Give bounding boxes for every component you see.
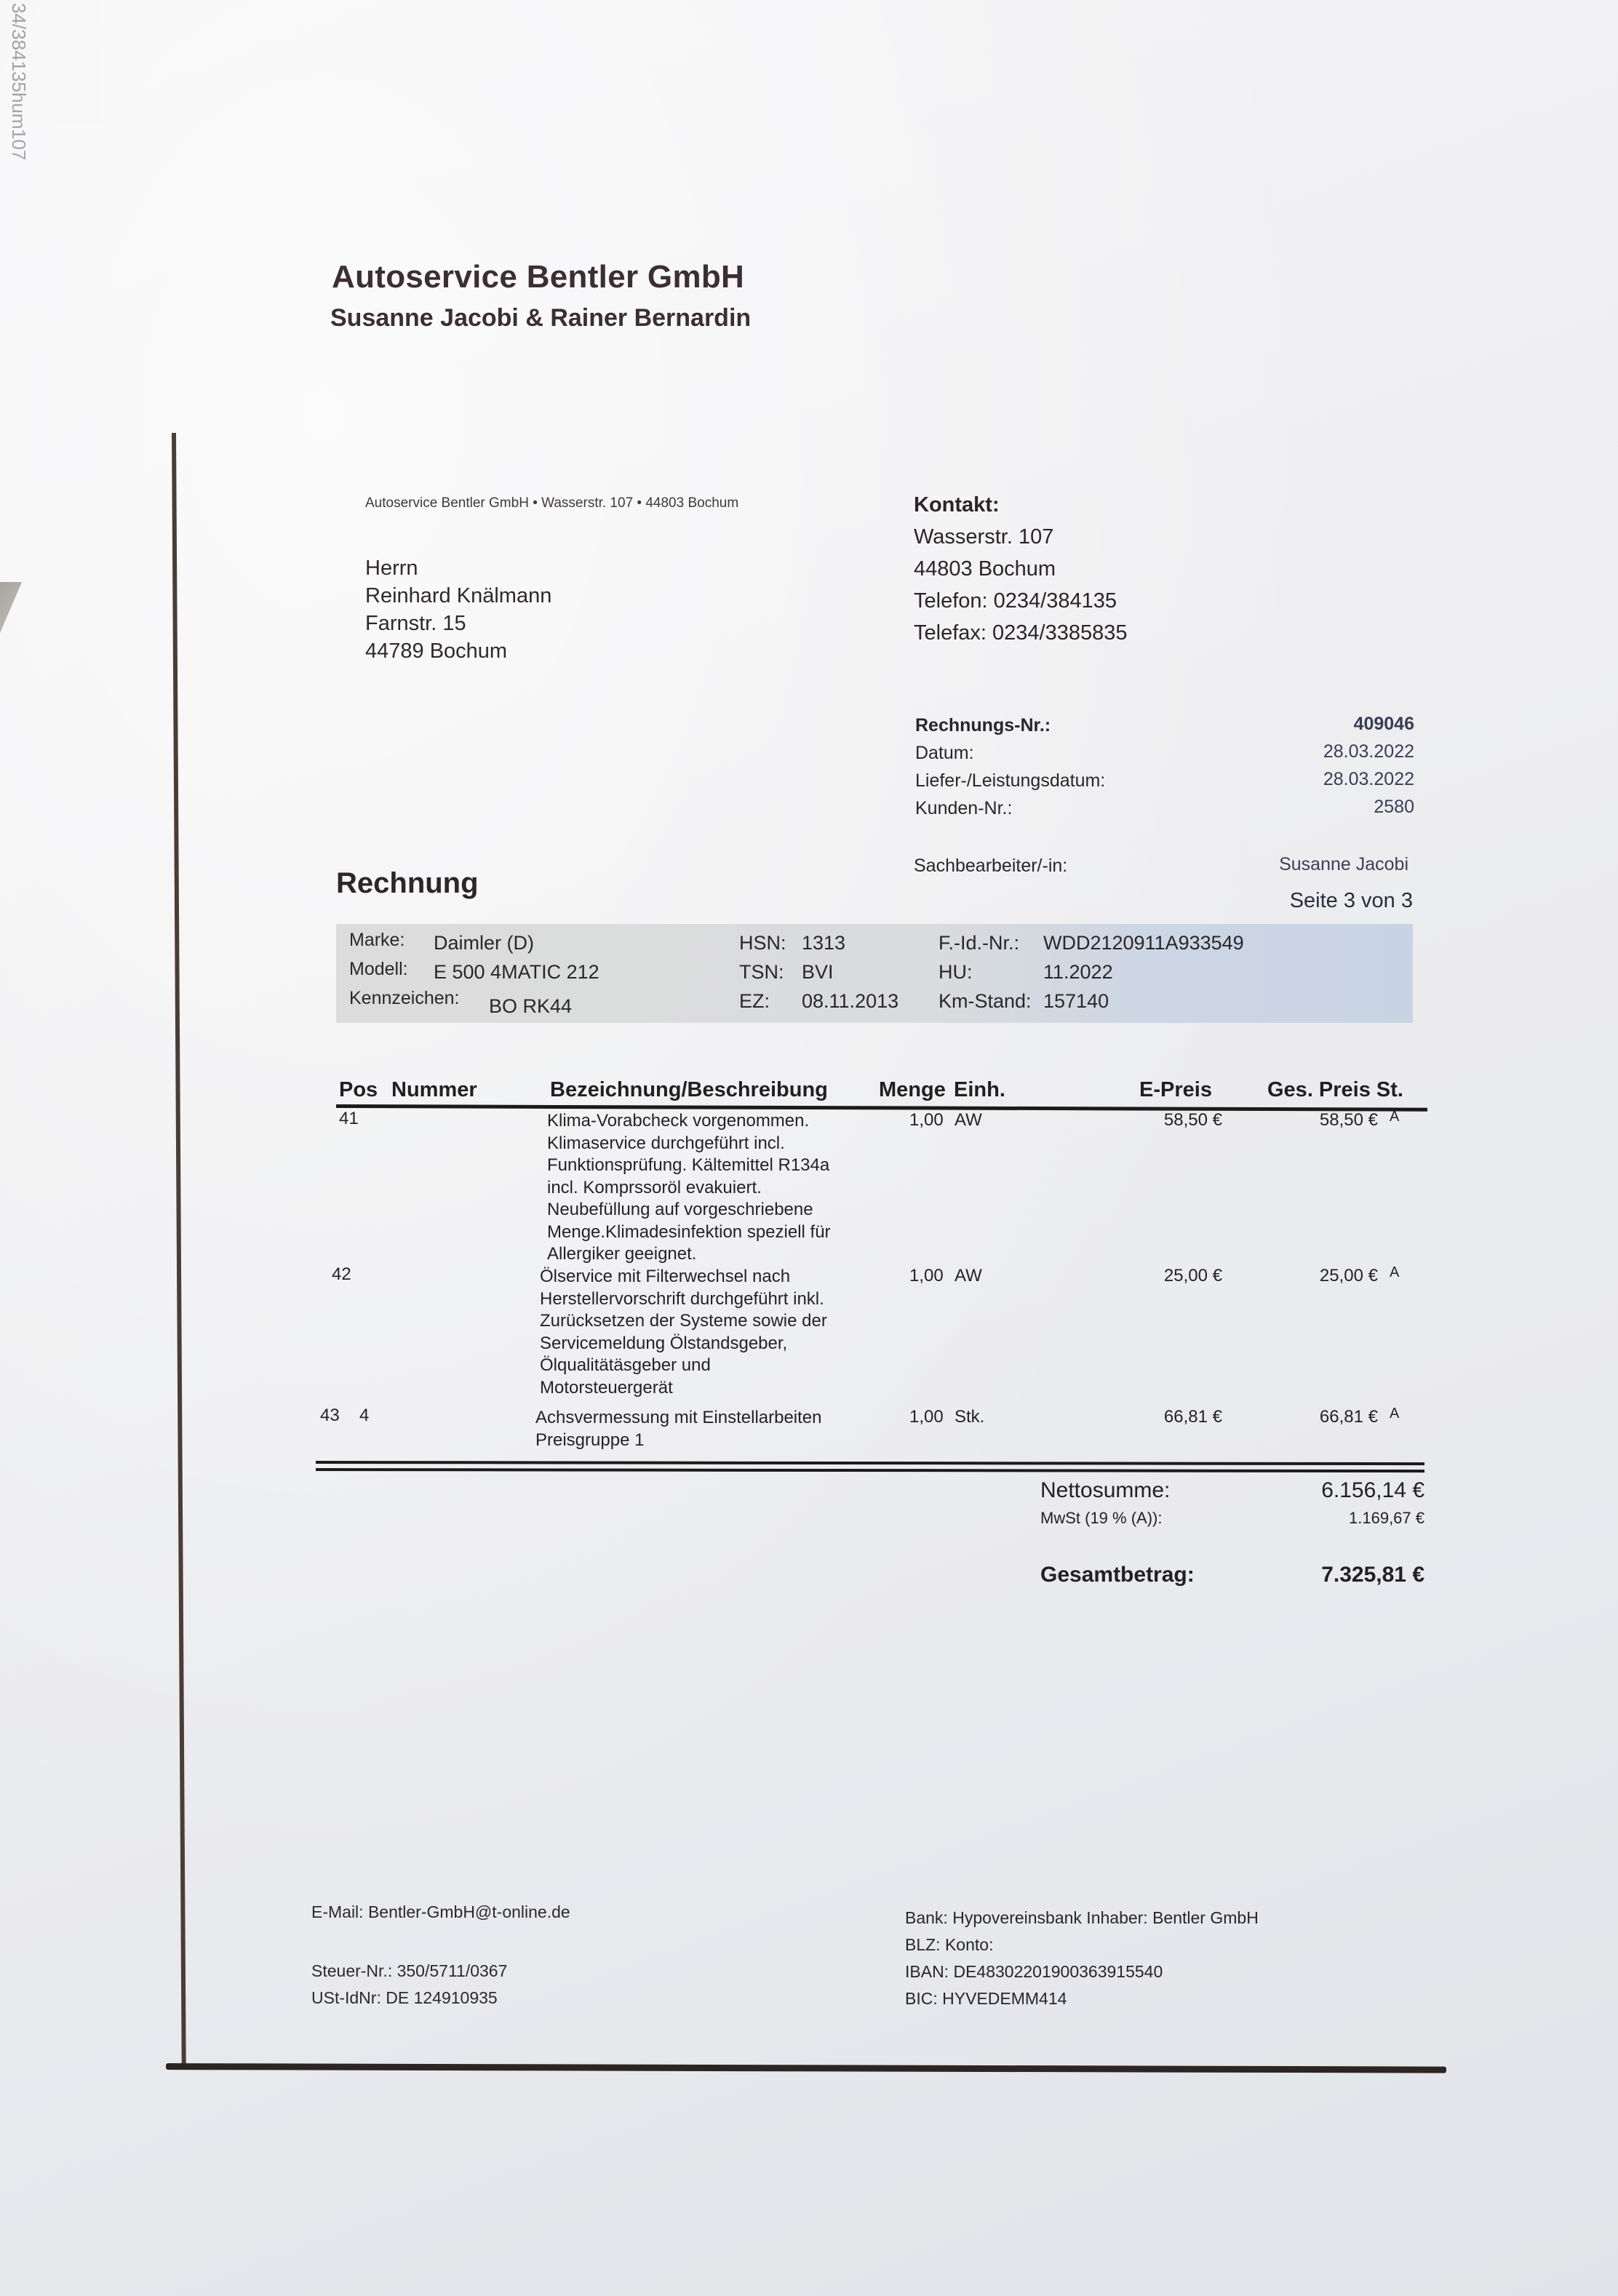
vehicle-labels-col2: HSN: TSN: EZ: (739, 928, 786, 1016)
totals-rule-top (316, 1461, 1424, 1465)
col-pos: Pos (339, 1078, 378, 1102)
invoice-number-label: Rechnungs-Nr.: (915, 711, 1105, 739)
net-total: 6.156,14 € (1321, 1478, 1424, 1507)
vehicle-model: E 500 4MATIC 212 (434, 957, 599, 986)
item-unit: Stk. (955, 1407, 984, 1427)
vehicle-hsn: 1313 (802, 928, 898, 957)
vehicle-hu: 11.2022 (1043, 957, 1244, 986)
item-description-line: Allergiker geeignet. (547, 1243, 831, 1266)
item-number: 4 (359, 1406, 369, 1426)
item-total: 25,00 € (1259, 1266, 1378, 1286)
recipient-street: Farnstr. 15 (365, 610, 551, 637)
totals-values: 6.156,14 € 1.169,67 € 7.325,81 € (1321, 1478, 1424, 1587)
document-title: Rechnung (336, 867, 479, 900)
footer-tax-number: Steuer-Nr.: 350/5711/0367 (311, 1958, 570, 1985)
vin-label: F.-Id.-Nr.: (938, 928, 1032, 957)
tsn-label: TSN: (739, 957, 786, 986)
footer-left: E-Mail: Bentler-GmbH@t-online.de Steuer-… (311, 1899, 570, 2012)
item-position: 42 (332, 1264, 351, 1285)
item-description-line: Funktionsprüfung. Kältemittel R134a (547, 1155, 831, 1177)
company-name: Autoservice Bentler GmbH (332, 259, 744, 295)
clerk-name: Susanne Jacobi (1279, 854, 1408, 875)
col-qty: Menge (879, 1078, 946, 1102)
item-unit: AW (955, 1266, 982, 1286)
item-position: 41 (339, 1109, 359, 1129)
vat-amount: 1.169,67 € (1321, 1507, 1424, 1536)
customer-number: 2580 (1323, 793, 1414, 821)
hsn-label: HSN: (739, 928, 786, 957)
col-unit: Einh. (954, 1078, 1005, 1102)
footer-bank: Bank: Hypovereinsbank Inhaber: Bentler G… (905, 1905, 1259, 2012)
item-quantity: 1,00 (909, 1266, 944, 1286)
invoice-date-label: Datum: (915, 739, 1105, 767)
item-unit-price: 58,50 € (1106, 1110, 1222, 1131)
delivery-date: 28.03.2022 (1323, 765, 1414, 793)
vehicle-values-col2: 1313 BVI 08.11.2013 (802, 928, 898, 1016)
contact-phone: Telefon: 0234/384135 (914, 585, 1127, 617)
page-indicator: Seite 3 von 3 (1290, 889, 1413, 913)
frame-line-left (172, 433, 186, 2068)
ez-label: EZ: (739, 986, 786, 1016)
item-quantity: 1,00 (909, 1110, 944, 1131)
vehicle-ez: 08.11.2013 (802, 986, 898, 1016)
contact-fax: Telefax: 0234/3385835 (914, 617, 1127, 649)
frame-line-bottom (166, 2063, 1446, 2073)
item-description-line: Herstellervorschrift durchgeführt inkl. (540, 1288, 827, 1311)
vehicle-km: 157140 (1043, 986, 1244, 1016)
customer-number-label: Kunden-Nr.: (915, 794, 1105, 822)
recipient-address: Herrn Reinhard Knälmann Farnstr. 15 4478… (365, 554, 551, 665)
contact-street: Wasserstr. 107 (914, 521, 1127, 553)
item-description: Achsvermessung mit EinstellarbeitenPreis… (535, 1407, 822, 1451)
item-tax-code: A (1390, 1264, 1399, 1281)
contact-city: 44803 Bochum (914, 553, 1127, 585)
col-number: Nummer (391, 1078, 477, 1102)
item-unit-price: 66,81 € (1106, 1407, 1222, 1427)
background-line: 107 (4, 129, 33, 160)
recipient-name: Reinhard Knälmann (365, 582, 551, 610)
col-description: Bezeichnung/Beschreibung (550, 1078, 828, 1102)
item-unit-price: 25,00 € (1106, 1266, 1222, 1286)
item-tax-code: A (1390, 1406, 1399, 1422)
item-description-line: Preisgruppe 1 (535, 1430, 822, 1452)
footer-vat-id: USt-IdNr: DE 124910935 (311, 1985, 570, 2012)
item-description-line: Klimaservice durchgeführt incl. (547, 1133, 831, 1155)
item-tax-code: A (1390, 1109, 1399, 1125)
item-description-line: Menge.Klimadesinfektion speziell für (547, 1221, 831, 1244)
desk-shadow (0, 582, 22, 633)
item-description-line: Ölservice mit Filterwechsel nach (540, 1266, 827, 1288)
item-position: 43 (320, 1406, 340, 1426)
recipient-city: 44789 Bochum (365, 637, 551, 665)
background-line: 34/384135 (4, 3, 33, 92)
gross-total: 7.325,81 € (1321, 1563, 1424, 1587)
item-description-line: Achsvermessung mit Einstellarbeiten (535, 1407, 822, 1430)
hu-label: HU: (938, 957, 1032, 986)
footer-iban: IBAN: DE48302201900363915540 (905, 1958, 1259, 1985)
recipient-salutation: Herrn (365, 554, 551, 582)
vehicle-brand: Daimler (D) (434, 928, 599, 957)
totals-rule-bottom (316, 1468, 1424, 1472)
item-unit: AW (955, 1110, 982, 1131)
col-unit-price: E-Preis (1139, 1078, 1212, 1102)
item-description-line: Klima-Vorabcheck vorgenommen. (547, 1110, 831, 1133)
delivery-date-label: Liefer-/Leistungsdatum: (915, 767, 1105, 794)
items-table-header: Pos Nummer Bezeichnung/Beschreibung Meng… (336, 1074, 1427, 1104)
invoice-meta-labels: Rechnungs-Nr.: Datum: Liefer-/Leistungsd… (915, 711, 1105, 822)
item-description-line: Ölqualitätäsgeber und (540, 1355, 827, 1377)
item-total: 58,50 € (1259, 1110, 1378, 1131)
footer-email: E-Mail: Bentler-GmbH@t-online.de (311, 1899, 570, 1926)
item-quantity: 1,00 (909, 1407, 944, 1427)
vehicle-labels-col3: F.-Id.-Nr.: HU: Km-Stand: (938, 928, 1032, 1016)
vat-label: MwSt (19 % (A)): (1040, 1507, 1195, 1536)
item-description: Ölservice mit Filterwechsel nachHerstell… (540, 1266, 827, 1399)
contact-block: Kontakt: Wasserstr. 107 44803 Bochum Tel… (914, 489, 1127, 649)
vehicle-tsn: BVI (802, 957, 898, 986)
totals-labels: Nettosumme: MwSt (19 % (A)): Gesamtbetra… (1040, 1478, 1195, 1587)
invoice-meta-values: 409046 28.03.2022 28.03.2022 2580 (1323, 710, 1414, 821)
item-description-line: Neubefüllung auf vorgeschriebene (547, 1199, 831, 1221)
invoice-number: 409046 (1323, 710, 1414, 738)
net-total-label: Nettosumme: (1040, 1478, 1195, 1507)
contact-heading: Kontakt: (914, 489, 1127, 521)
item-description-line: Servicemeldung Ölstandsgeber, (540, 1333, 827, 1355)
clerk-label: Sachbearbeiter/-in: (914, 856, 1067, 877)
vehicle-plate: BO RK44 (489, 992, 572, 1021)
sender-return-address: Autoservice Bentler GmbH • Wasserstr. 10… (365, 495, 738, 511)
vehicle-vin: WDD2120911A933549 (1043, 928, 1244, 957)
company-owners: Susanne Jacobi & Rainer Bernardin (330, 304, 751, 332)
km-label: Km-Stand: (938, 986, 1032, 1016)
item-total: 66,81 € (1259, 1407, 1378, 1427)
item-description-line: incl. Komprssoröl evakuiert. (547, 1177, 831, 1200)
vehicle-values-col3: WDD2120911A933549 11.2022 157140 (1043, 928, 1244, 1016)
footer-bic: BIC: HYVEDEMM414 (905, 1985, 1259, 2012)
footer-blz: BLZ: Konto: (905, 1932, 1259, 1958)
vehicle-plate-value: BO RK44 (489, 992, 572, 1021)
invoice-date: 28.03.2022 (1323, 738, 1414, 765)
item-description: Klima-Vorabcheck vorgenommen.Klimaservic… (547, 1110, 831, 1266)
background-line: hum (4, 92, 33, 129)
background-page-text: 107 hum 34/384135 (4, 3, 33, 161)
item-description-line: Motorsteuergerät (540, 1377, 827, 1400)
vehicle-values-col1: Daimler (D) E 500 4MATIC 212 (434, 928, 599, 986)
item-description-line: Zurücksetzen der Systeme sowie der (540, 1310, 827, 1333)
background-page-fragment: 107 hum 34/384135 (0, 0, 102, 124)
footer-bank-name: Bank: Hypovereinsbank Inhaber: Bentler G… (905, 1905, 1259, 1932)
plate-label: Kennzeichen: (349, 984, 460, 1013)
gross-total-label: Gesamtbetrag: (1040, 1563, 1195, 1587)
col-total: Ges. Preis St. (1267, 1078, 1403, 1102)
